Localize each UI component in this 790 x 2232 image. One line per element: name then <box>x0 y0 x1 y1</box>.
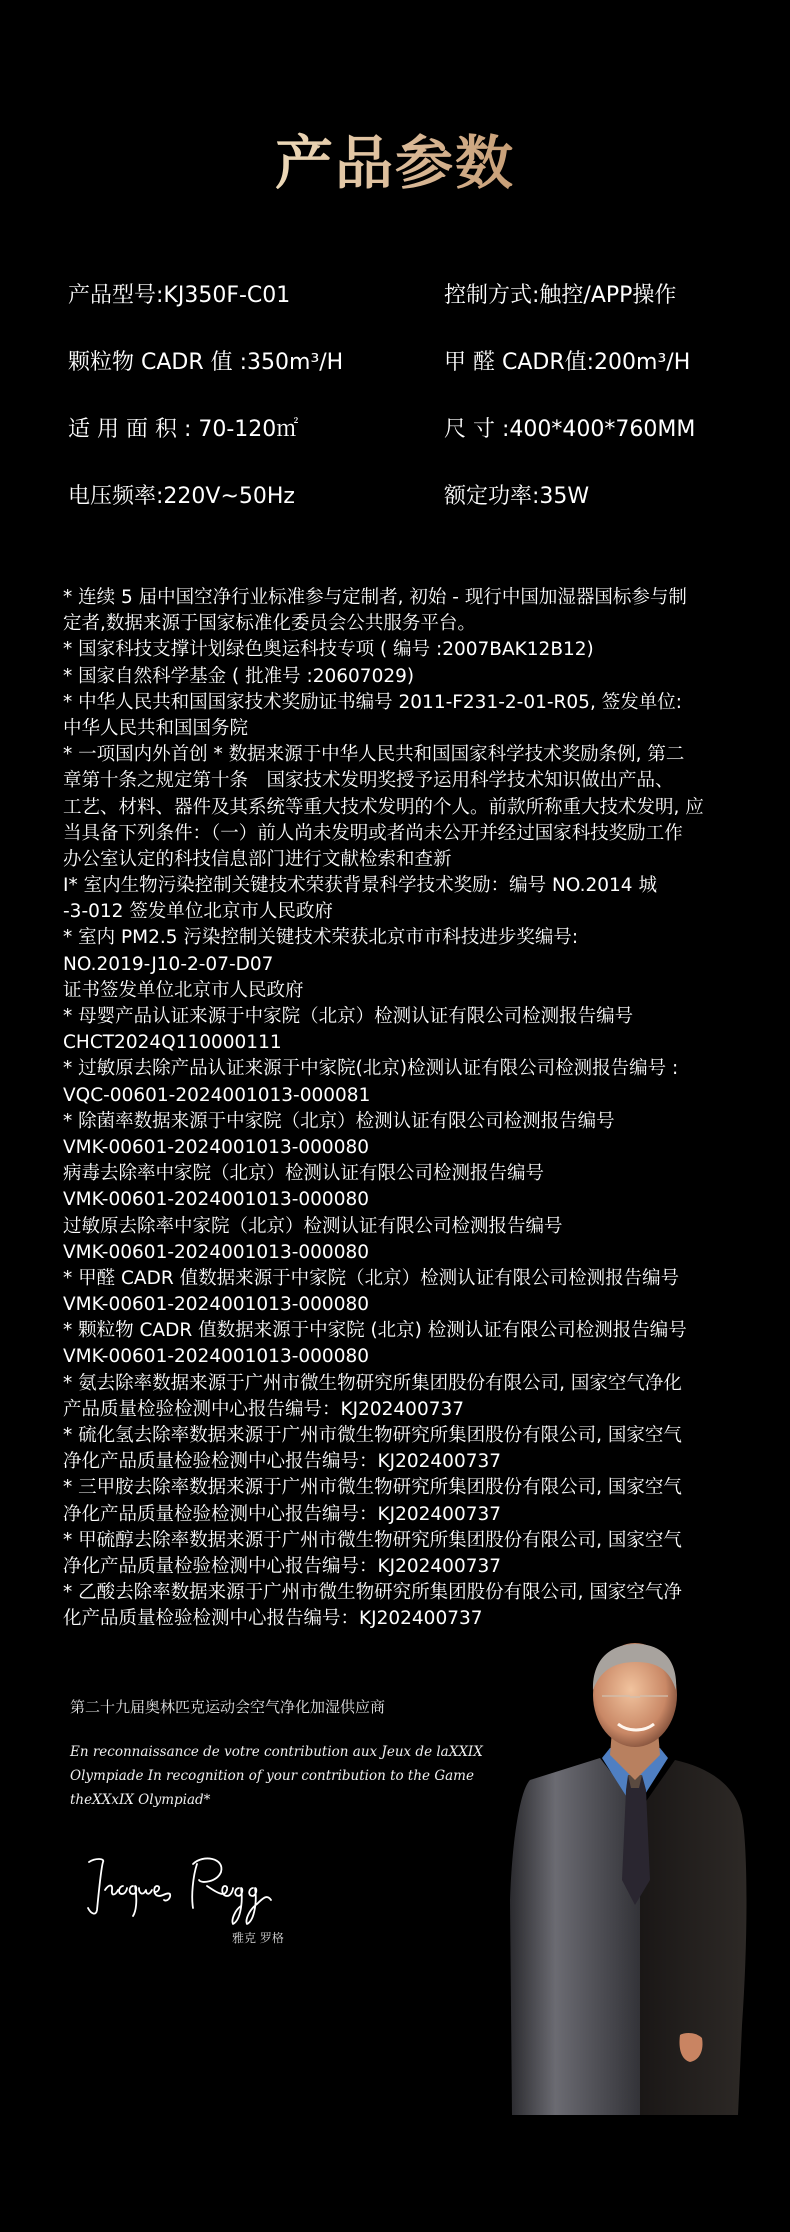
note-line: 证书签发单位北京市人民政府 <box>63 978 735 1004</box>
citation-line: Olympiade In recognition of your contrib… <box>70 1764 510 1788</box>
signature-image <box>75 1850 305 1930</box>
note-line: * 颗粒物 CADR 值数据来源于中家院 (北京) 检测认证有限公司检测报告编号 <box>63 1318 735 1344</box>
note-line: 章第十条之规定第十条 国家技术发明奖授予运用科学技术知识做出产品、 <box>63 768 735 794</box>
note-line: VQC-00601-2024001013-000081 <box>63 1083 735 1109</box>
param-formaldehyde-cadr: 甲 醛 CADR值:200m³/H <box>444 345 690 381</box>
note-line: I* 室内生物污染控制关键技术荣获背景科学技术奖励：编号 NO.2014 城 <box>63 873 735 899</box>
note-line: NO.2019-J10-2-07-D07 <box>63 952 735 978</box>
note-line: 净化产品质量检验检测中心报告编号：KJ202400737 <box>63 1554 735 1580</box>
param-power: 额定功率:35W <box>444 479 589 515</box>
note-line: 产品质量检验检测中心报告编号：KJ202400737 <box>63 1397 735 1423</box>
note-line: * 甲硫醇去除率数据来源于广州市微生物研究所集团股份有限公司, 国家空气 <box>63 1528 735 1554</box>
param-row: 颗粒物 CADR 值 :350m³/H 甲 醛 CADR值:200m³/H <box>68 345 748 412</box>
note-line: * 室内 PM2.5 污染控制关键技术荣获北京市市科技进步奖编号: <box>63 925 735 951</box>
portrait-image <box>490 1640 770 2115</box>
note-line: * 国家科技支撑计划绿色奥运科技专项 ( 编号 :2007BAK12B12) <box>63 637 735 663</box>
page-title-part1: 产品 <box>275 128 395 198</box>
citation-line: En reconnaissance de votre contribution … <box>70 1740 510 1764</box>
note-line: * 母婴产品认证来源于中家院（北京）检测认证有限公司检测报告编号 <box>63 1004 735 1030</box>
note-line: 当具备下列条件：（一）前人尚未发明或者尚未公开并经过国家科技奖励工作 <box>63 821 735 847</box>
page-title: 产品参数 <box>0 128 790 198</box>
certification-notes: * 连续 5 届中国空净行业标准参与定制者, 初始 - 现行中国加湿器国标参与制… <box>63 585 735 1633</box>
note-line: 过敏原去除率中家院（北京）检测认证有限公司检测报告编号 <box>63 1214 735 1240</box>
note-line: 化产品质量检验检测中心报告编号：KJ202400737 <box>63 1606 735 1632</box>
note-line: 定者,数据来源于国家标准化委员会公共服务平台。 <box>63 611 735 637</box>
note-line: * 国家自然科学基金 ( 批准号 :20607029) <box>63 664 735 690</box>
page-title-part2: 参数 <box>395 128 515 198</box>
param-row: 产品型号:KJ350F-C01 控制方式:触控/APP操作 <box>68 278 748 345</box>
note-line: 净化产品质量检验检测中心报告编号：KJ202400737 <box>63 1502 735 1528</box>
note-line: * 三甲胺去除率数据来源于广州市微生物研究所集团股份有限公司, 国家空气 <box>63 1475 735 1501</box>
param-row: 电压频率:220V~50Hz 额定功率:35W <box>68 479 748 546</box>
param-row: 适 用 面 积 : 70-120㎡ 尺 寸 :400*400*760MM <box>68 412 748 479</box>
olympic-citation: En reconnaissance de votre contribution … <box>70 1740 510 1812</box>
param-size: 尺 寸 :400*400*760MM <box>444 412 695 448</box>
param-area: 适 用 面 积 : 70-120㎡ <box>68 412 298 448</box>
note-line: * 过敏原去除产品认证来源于中家院(北京)检测认证有限公司检测报告编号 : <box>63 1056 735 1082</box>
note-line: VMK-00601-2024001013-000080 <box>63 1187 735 1213</box>
note-line: * 中华人民共和国国家技术奖励证书编号 2011-F231-2-01-R05, … <box>63 690 735 716</box>
note-line: 净化产品质量检验检测中心报告编号：KJ202400737 <box>63 1449 735 1475</box>
note-line: VMK-00601-2024001013-000080 <box>63 1344 735 1370</box>
note-line: * 一项国内外首创 * 数据来源于中华人民共和国国家科学技术奖励条例, 第二 <box>63 742 735 768</box>
note-line: * 连续 5 届中国空净行业标准参与定制者, 初始 - 现行中国加湿器国标参与制 <box>63 585 735 611</box>
citation-line: theXXxIX Olympiad* <box>70 1788 510 1812</box>
note-line: * 除菌率数据来源于中家院（北京）检测认证有限公司检测报告编号 <box>63 1109 735 1135</box>
product-params: 产品型号:KJ350F-C01 控制方式:触控/APP操作 颗粒物 CADR 值… <box>68 278 748 546</box>
note-line: 病毒去除率中家院（北京）检测认证有限公司检测报告编号 <box>63 1161 735 1187</box>
param-model: 产品型号:KJ350F-C01 <box>68 278 290 314</box>
note-line: VMK-00601-2024001013-000080 <box>63 1292 735 1318</box>
note-line: 办公室认定的科技信息部门进行文献检索和查新 <box>63 847 735 873</box>
param-control: 控制方式:触控/APP操作 <box>444 278 676 314</box>
note-line: CHCT2024Q110000111 <box>63 1030 735 1056</box>
note-line: -3-012 签发单位北京市人民政府 <box>63 899 735 925</box>
note-line: * 硫化氢去除率数据来源于广州市微生物研究所集团股份有限公司, 国家空气 <box>63 1423 735 1449</box>
note-line: * 乙酸去除率数据来源于广州市微生物研究所集团股份有限公司, 国家空气净 <box>63 1580 735 1606</box>
note-line: * 甲醛 CADR 值数据来源于中家院（北京）检测认证有限公司检测报告编号 <box>63 1266 735 1292</box>
note-line: VMK-00601-2024001013-000080 <box>63 1240 735 1266</box>
note-line: 工艺、材料、器件及其系统等重大技术发明的个人。前款所称重大技术发明, 应 <box>63 795 735 821</box>
param-particle-cadr: 颗粒物 CADR 值 :350m³/H <box>68 345 343 381</box>
signature-caption: 雅克 罗格 <box>232 1929 284 1946</box>
note-line: * 氨去除率数据来源于广州市微生物研究所集团股份有限公司, 国家空气净化 <box>63 1371 735 1397</box>
param-voltage: 电压频率:220V~50Hz <box>68 479 295 515</box>
note-line: VMK-00601-2024001013-000080 <box>63 1135 735 1161</box>
note-line: 中华人民共和国国务院 <box>63 716 735 742</box>
olympic-supplier-label: 第二十九届奥林匹克运动会空气净化加湿供应商 <box>70 1695 385 1719</box>
